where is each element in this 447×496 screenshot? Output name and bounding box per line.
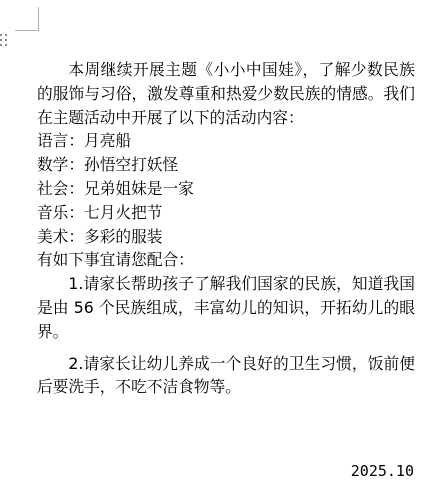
activity-art: 美术：多彩的服装 xyxy=(37,225,415,249)
request-item-2: 2.请家长让幼儿养成一个良好的卫生习惯，饭前便后要洗手，不吃不洁食物等。 xyxy=(37,352,415,400)
activity-math: 数学：孙悟空打妖怪 xyxy=(37,153,415,177)
activity-music: 音乐：七月火把节 xyxy=(37,201,415,225)
document-date: 2025.10 xyxy=(351,462,414,480)
request-item-1: 1.请家长帮助孩子了解我们国家的民族，知道我国是由 56 个民族组成，丰富幼儿的… xyxy=(37,272,415,343)
activity-language: 语言：月亮船 xyxy=(37,129,415,153)
document-body[interactable]: 本周继续开展主题《小小中国娃》，了解少数民族的服饰与习俗，激发尊重和热爱少数民族… xyxy=(37,58,415,399)
drag-handle-icon[interactable] xyxy=(0,34,8,48)
cooperation-heading: 有如下事宜请您配合： xyxy=(37,248,415,272)
intro-paragraph: 本周继续开展主题《小小中国娃》，了解少数民族的服饰与习俗，激发尊重和热爱少数民族… xyxy=(37,58,415,129)
page-margin-corner-mark-horizontal xyxy=(15,30,39,31)
page-margin-corner-mark xyxy=(38,7,39,31)
activity-social: 社会：兄弟姐妹是一家 xyxy=(37,177,415,201)
